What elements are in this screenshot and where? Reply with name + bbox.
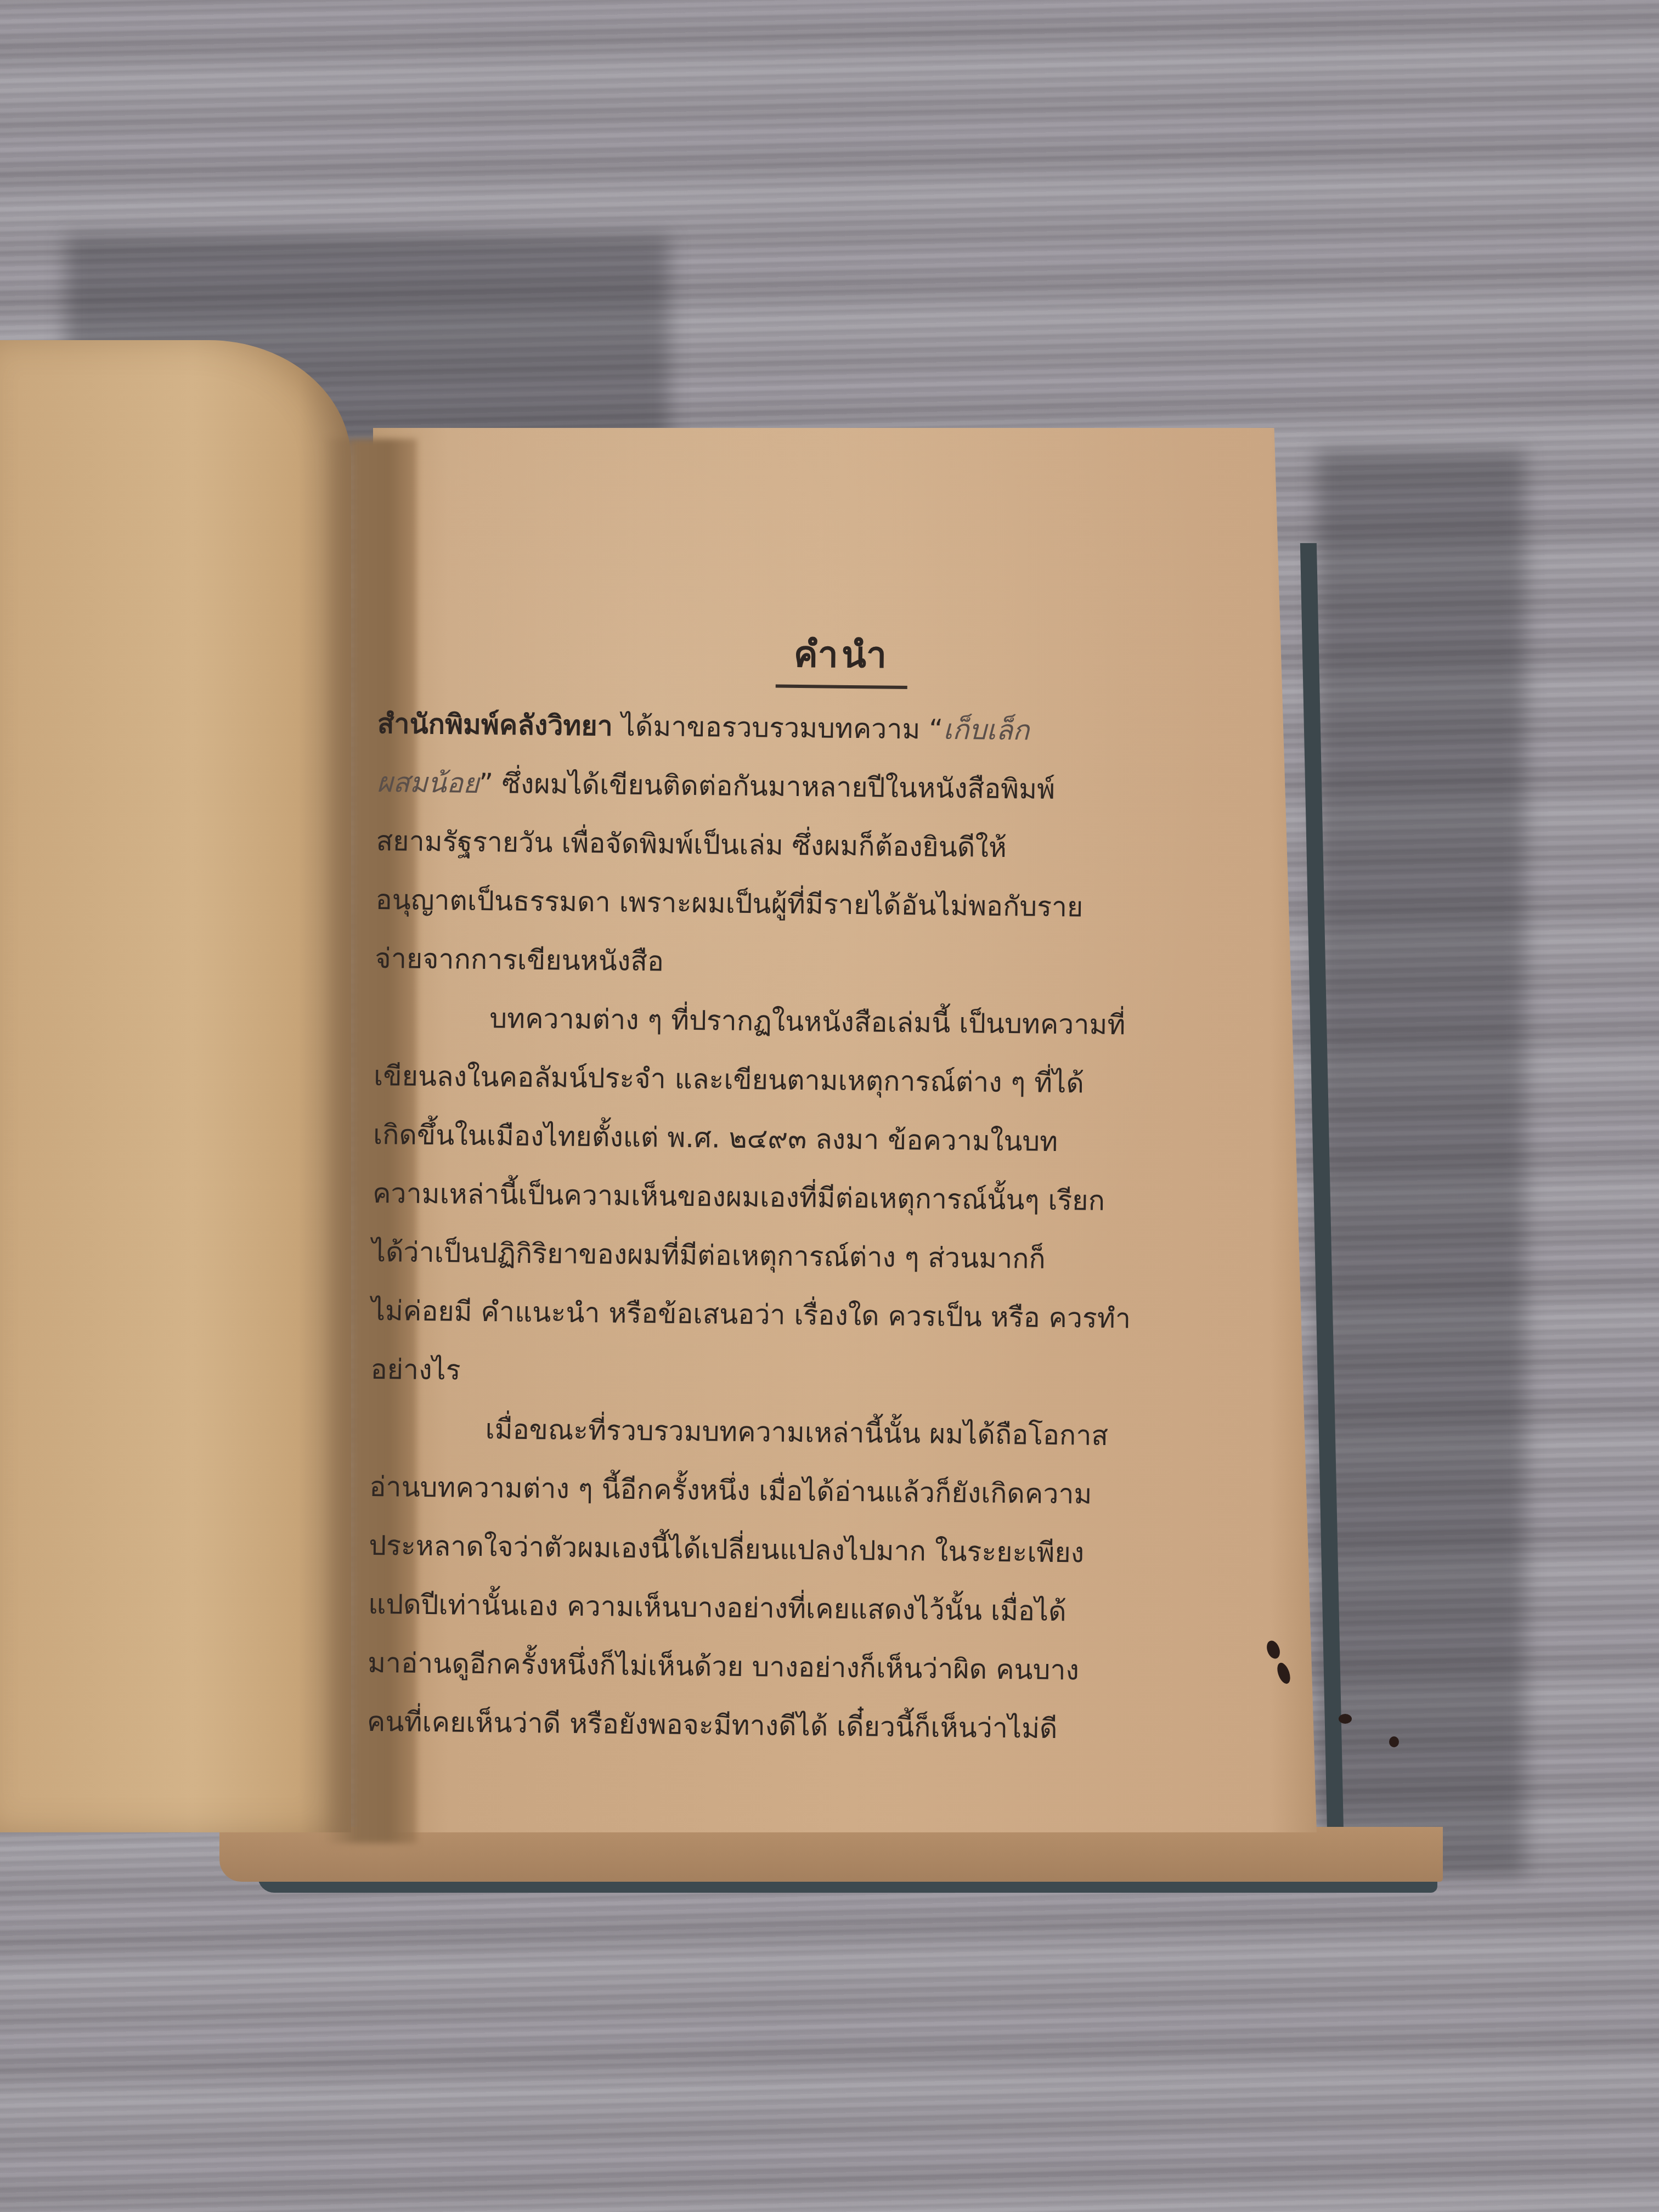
left-page — [0, 340, 351, 1832]
text-line: สำนักพิมพ์คลังวิทยา ได้มาขอรวบรวมบทความ … — [377, 695, 1239, 762]
text-line: เขียนลงในคอลัมน์ประจำ และเขียนตามเหตุการ… — [374, 1047, 1235, 1114]
page-title: คำนำ — [444, 620, 1240, 689]
text-line: ผสมน้อย” ซึ่งผมได้เขียนติดต่อกันมาหลายปี… — [376, 753, 1238, 821]
paragraph-2: บทความต่าง ๆ ที่ปรากฏในหนังสือเล่มนี้ เป… — [370, 988, 1236, 1408]
quoted-title: เก็บเล็ก — [943, 714, 1030, 747]
text-line: เกิดขึ้นในเมืองไทยตั้งแต่ พ.ศ. ๒๔๙๓ ลงมา… — [373, 1105, 1235, 1173]
text-line: อนุญาตเป็นธรรมดา เพราะผมเป็นผู้ที่มีรายไ… — [375, 871, 1237, 938]
text-line: ได้ว่าเป็นปฏิกิริยาของผมที่มีต่อเหตุการณ… — [371, 1223, 1233, 1290]
text-line: ความเหล่านี้เป็นความเห็นของผมเองที่มีต่อ… — [372, 1164, 1234, 1232]
book-shadow-right — [1317, 450, 1525, 1876]
paragraph-1: สำนักพิมพ์คลังวิทยา ได้มาขอรวบรวมบทความ … — [375, 695, 1239, 997]
publisher-name: สำนักพิมพ์คลังวิทยา — [377, 708, 613, 742]
preface-text: คำนำ สำนักพิมพ์คลังวิทยา ได้มาขอรวบรวมบท… — [366, 620, 1240, 1760]
text-line: เมื่อขณะที่รวบรวมบทความเหล่านี้นั้น ผมได… — [370, 1399, 1232, 1466]
ink-stain — [1389, 1736, 1399, 1747]
text-line: ประหลาดใจว่าตัวผมเองนี้ได้เปลี่ยนแปลงไปม… — [369, 1516, 1231, 1584]
ink-stain — [1339, 1714, 1352, 1724]
quoted-title: ผสมน้อย — [377, 766, 479, 799]
text-line: คนที่เคยเห็นว่าดี หรือยังพอจะมีทางดีได้ … — [366, 1692, 1228, 1760]
text-line: บทความต่าง ๆ ที่ปรากฏในหนังสือเล่มนี้ เป… — [374, 988, 1236, 1056]
text-line: สยามรัฐรายวัน เพื่อจัดพิมพ์เป็นเล่ม ซึ่ง… — [376, 812, 1238, 879]
text-line: มาอ่านดูอีกครั้งหนึ่งก็ไม่เห็นด้วย บางอย… — [368, 1634, 1229, 1701]
text-line: อย่างไร — [370, 1340, 1232, 1408]
text-line: จ่ายจากการเขียนหนังสือ — [375, 929, 1237, 997]
text-line: ไม่ค่อยมี คำแนะนำ หรือข้อเสนอว่า เรื่องใ… — [371, 1282, 1233, 1349]
text-line: แปดปีเท่านั้นเอง ความเห็นบางอย่างที่เคยแ… — [368, 1575, 1230, 1643]
text-line: อ่านบทความต่าง ๆ นี้อีกครั้งหนึ่ง เมื่อไ… — [369, 1458, 1231, 1525]
title-underline — [776, 685, 907, 690]
paragraph-3: เมื่อขณะที่รวบรวมบทความเหล่านี้นั้น ผมได… — [366, 1399, 1232, 1760]
